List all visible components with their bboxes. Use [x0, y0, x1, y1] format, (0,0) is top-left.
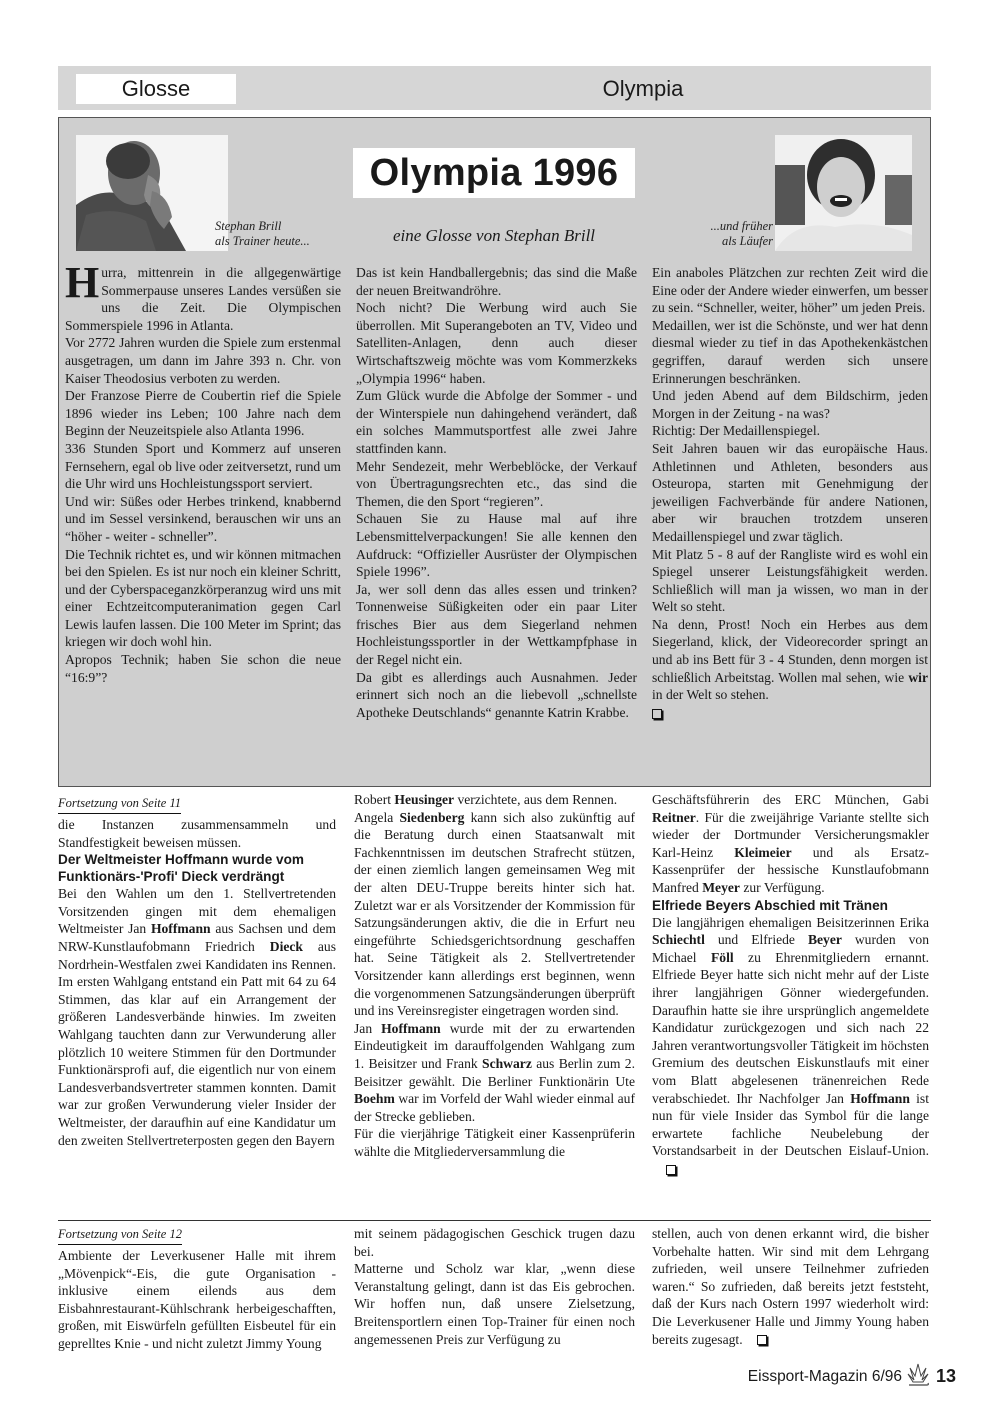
- gloss-paragraph: Mehr Sendezeit, mehr Werbeblöcke, der Ve…: [356, 458, 637, 511]
- article-paragraph: Angela Siedenberg kann sich also zukünft…: [354, 809, 635, 1020]
- section-label: Glosse: [76, 74, 236, 104]
- gloss-paragraph: Noch nicht? Die Werbung wird auch Sie üb…: [356, 299, 637, 387]
- article-paragraph: Ambiente der Leverkusener Halle mit ihre…: [58, 1247, 336, 1353]
- article-subheading: Elfriede Beyers Abschied mit Tränen: [652, 897, 929, 914]
- gloss-paragraph: Schauen Sie zu Hause mal auf ihre Lebens…: [356, 510, 637, 580]
- gloss-subtitle: eine Glosse von Stephan Brill: [339, 226, 649, 246]
- gloss-column-3: Ein anaboles Plätzchen zur rechten Zeit …: [652, 264, 928, 721]
- portrait-laughing-skater-photo: [775, 135, 912, 251]
- article-paragraph: Die langjährigen ehemaligen Beisitzerinn…: [652, 914, 929, 1178]
- caption-left-line1: Stephan Brill: [215, 219, 310, 234]
- article-paragraph: Robert Heusinger verzichtete, aus dem Re…: [354, 791, 635, 809]
- skater-logo-icon: [906, 1362, 930, 1388]
- gloss-paragraph: Seit Jahren bauen wir das europäische Ha…: [652, 440, 928, 546]
- end-of-article-icon: [757, 1335, 767, 1345]
- page-number: 13: [936, 1366, 956, 1387]
- article-a-column-3: Geschäftsführerin des ERC München, Gabi …: [652, 791, 929, 1177]
- gloss-paragraph: Das ist kein Handballergebnis; das sind …: [356, 264, 637, 299]
- article-b-column-1: Ambiente der Leverkusener Halle mit ihre…: [58, 1247, 336, 1353]
- caption-left: Stephan Brill als Trainer heute...: [215, 219, 310, 249]
- caption-right: ...und früher als Läufer: [639, 219, 773, 249]
- gloss-paragraph: Ein anaboles Plätzchen zur rechten Zeit …: [652, 264, 928, 317]
- gloss-paragraph: Die Technik richtet es, und wir können m…: [65, 546, 341, 652]
- article-b-column-2: mit seinem pädagogischen Geschick trugen…: [354, 1225, 635, 1348]
- gloss-box: Stephan Brill als Trainer heute... Olymp…: [58, 117, 931, 787]
- section-divider: [58, 1220, 931, 1221]
- topic-label: Olympia: [558, 74, 728, 104]
- gloss-paragraph: Na denn, Prost! Noch ein Herbes aus dem …: [652, 616, 928, 704]
- gloss-paragraph: Richtig: Der Medaillenspiegel.: [652, 422, 928, 440]
- article-paragraph: Jan Hoffmann wurde mit der zu erwartende…: [354, 1020, 635, 1126]
- article-paragraph: Bei den Wahlen um den 1. Stellvertretend…: [58, 885, 336, 1149]
- article-paragraph: Geschäftsführerin des ERC München, Gabi …: [652, 791, 929, 897]
- caption-left-line2: als Trainer heute...: [215, 234, 310, 249]
- gloss-paragraph: Mit Platz 5 - 8 auf der Rangliste wird e…: [652, 546, 928, 616]
- magazine-issue: Eissport-Magazin 6/96: [748, 1368, 902, 1386]
- gloss-title: Olympia 1996: [353, 148, 635, 198]
- gloss-paragraph: Medaillen, wer ist die Schönste, und wer…: [652, 317, 928, 387]
- article-paragraph: Für die vierjährige Tätigkeit einer Kass…: [354, 1125, 635, 1160]
- gloss-paragraph: Da gibt es allerdings auch Ausnahmen. Je…: [356, 669, 637, 722]
- caption-right-line1: ...und früher: [639, 219, 773, 234]
- gloss-paragraph: Und wir: Süßes oder Herbes trinkend, kna…: [65, 493, 341, 546]
- gloss-paragraph: 336 Stunden Sport und Kommerz auf unsere…: [65, 440, 341, 493]
- continued-from-label: Fortsetzung von Seite 11: [58, 795, 181, 814]
- dropcap: H: [65, 266, 99, 300]
- article-paragraph: die Instanzen zusammensammeln und Standf…: [58, 816, 336, 851]
- gloss-column-1: Hurra, mittenrein in die allgegenwärtige…: [65, 264, 341, 686]
- section-header-bar: Glosse Olympia: [58, 66, 931, 110]
- gloss-paragraph: Apropos Technik; haben Sie schon die neu…: [65, 651, 341, 686]
- article-a-column-1: die Instanzen zusammensammeln und Standf…: [58, 816, 336, 1149]
- article-paragraph: stellen, auch von denen erkannt wird, di…: [652, 1225, 929, 1348]
- end-of-article-icon: [652, 709, 662, 719]
- article-a-column-2: Robert Heusinger verzichtete, aus dem Re…: [354, 791, 635, 1160]
- gloss-paragraph: Vor 2772 Jahren wurden die Spiele zum er…: [65, 334, 341, 387]
- page-footer: Eissport-Magazin 6/96 13: [600, 1362, 960, 1392]
- article-paragraph: Matterne und Scholz war klar, „wenn dies…: [354, 1260, 635, 1348]
- caption-right-line2: als Läufer: [639, 234, 773, 249]
- gloss-paragraph: Zum Glück wurde die Abfolge der Sommer -…: [356, 387, 637, 457]
- article-b-column-3: stellen, auch von denen erkannt wird, di…: [652, 1225, 929, 1348]
- gloss-column-2: Das ist kein Handballergebnis; das sind …: [356, 264, 637, 721]
- end-of-article-icon: [666, 1165, 676, 1175]
- gloss-paragraph: Und jeden Abend auf dem Bildschirm, jede…: [652, 387, 928, 422]
- article-paragraph: mit seinem pädagogischen Geschick trugen…: [354, 1225, 635, 1260]
- gloss-paragraph: Hurra, mittenrein in die allgegenwärtige…: [65, 264, 341, 334]
- portrait-man-photo: [76, 135, 228, 251]
- continued-from-label: Fortsetzung von Seite 12: [58, 1226, 182, 1245]
- article-subheading: Der Weltmeister Hoffmann wurde vom Funkt…: [58, 851, 336, 885]
- gloss-paragraph: Der Franzose Pierre de Coubertin rief di…: [65, 387, 341, 440]
- gloss-paragraph: Ja, wer soll denn das alles essen und tr…: [356, 581, 637, 669]
